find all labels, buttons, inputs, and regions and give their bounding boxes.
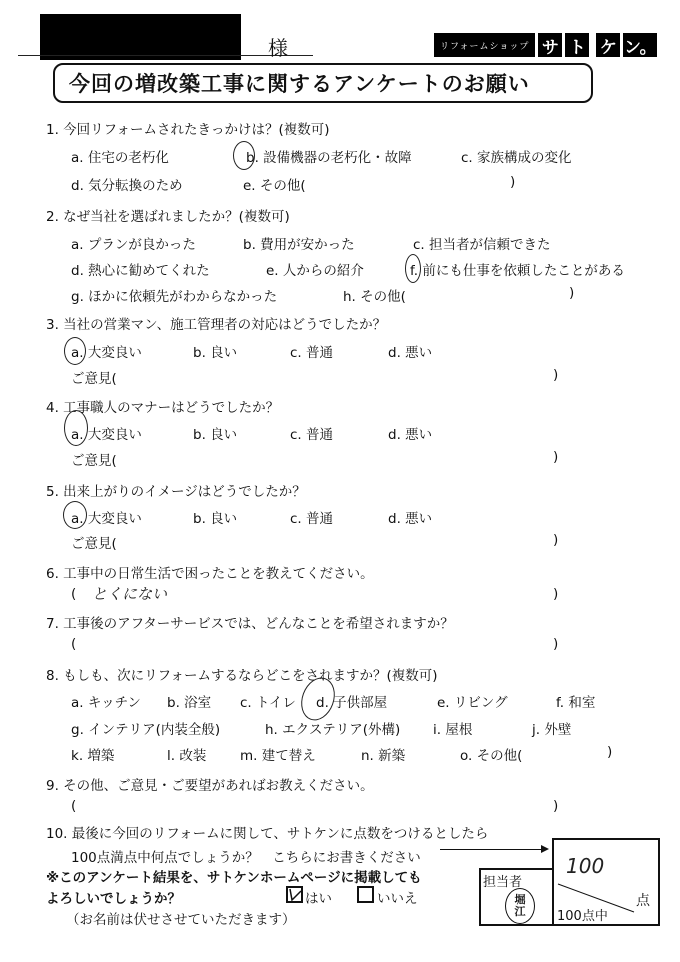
logo-char: ト [565, 33, 589, 57]
arrow-icon [541, 845, 549, 853]
q1-option-b[interactable]: b. 設備機器の老朽化・故障 [246, 146, 412, 166]
q5-option-c[interactable]: c. 普通 [290, 507, 333, 527]
company-logo: リフォームショップ サ ト ケ ン。 [434, 33, 657, 57]
selection-circle [63, 501, 87, 529]
q7-close-paren: ) [553, 636, 558, 652]
q8-option-i[interactable]: i. 屋根 [433, 718, 472, 738]
q3-option-c[interactable]: c. 普通 [290, 341, 333, 361]
staff-box: 担当者 堀 江 [479, 868, 554, 926]
arrow-line [440, 849, 544, 850]
question-9: 9. その他、ご意見・ご要望があればお教えください。 [46, 774, 374, 794]
q5-option-b[interactable]: b. 良い [193, 507, 237, 527]
q1-option-a[interactable]: a. 住宅の老朽化 [71, 146, 169, 166]
q8-option-h[interactable]: h. エクステリア(外構) [265, 718, 400, 738]
question-6: 6. 工事中の日常生活で困ったことを教えてください。 [46, 562, 374, 582]
q8-option-n[interactable]: n. 新築 [361, 744, 405, 764]
page-title: 今回の増改築工事に関するアンケートのお願い [53, 63, 593, 103]
q5-option-d[interactable]: d. 悪い [388, 507, 432, 527]
question-1: 1. 今回リフォームされたきっかけは？(複数可) [46, 118, 330, 138]
question-10-line2: 100点満点中何点でしょうか？ こちらにお書きください [71, 846, 421, 866]
q8-option-g[interactable]: g. インテリア(内装全般) [71, 718, 220, 738]
q8-option-a[interactable]: a. キッチン [71, 691, 141, 711]
q1-option-e[interactable]: e. その他( [243, 174, 306, 194]
q9-open-paren[interactable]: ( [71, 798, 76, 814]
q8-option-b[interactable]: b. 浴室 [167, 691, 211, 711]
question-10: 10. 最後に今回のリフォームに関して、サトケンに点数をつけるとしたら [46, 822, 488, 842]
checkmark-icon [288, 888, 302, 902]
score-unit: 点 [636, 890, 650, 910]
yes-label: はい [305, 887, 332, 907]
q8-other-close: ) [607, 744, 612, 760]
selection-circle [64, 410, 88, 446]
logo-char: ケ [596, 33, 620, 57]
q2-option-a[interactable]: a. プランが良かった [71, 233, 196, 253]
q2-option-f[interactable]: f. 前にも仕事を依頼したことがある [410, 259, 625, 279]
question-5: 5. 出来上がりのイメージはどうでしたか？ [46, 480, 306, 500]
score-box[interactable]: 100 点 100点中 [552, 838, 660, 926]
question-3: 3. 当社の営業マン、施工管理者の対応はどうでしたか？ [46, 313, 386, 333]
q8-option-k[interactable]: k. 増築 [71, 744, 114, 764]
yes-checkbox[interactable] [286, 886, 303, 903]
q2-option-g[interactable]: g. ほかに依頼先がわからなかった [71, 285, 277, 305]
publish-question-line2: よろしいでしょうか？ [46, 887, 181, 907]
no-label: いいえ [377, 887, 418, 907]
q5-comment-label[interactable]: ご意見( [71, 532, 117, 552]
q4-option-c[interactable]: c. 普通 [290, 423, 333, 443]
q4-comment-close: ) [553, 449, 558, 465]
q3-option-b[interactable]: b. 良い [193, 341, 237, 361]
q5-comment-close: ) [553, 532, 558, 548]
staff-label: 担当者 [483, 871, 522, 890]
recipient-suffix: 様 [268, 32, 288, 61]
q1-option-c[interactable]: c. 家族構成の変化 [461, 146, 572, 166]
q1-other-close: ) [510, 174, 515, 190]
question-2: 2. なぜ当社を選ばれましたか？(複数可) [46, 205, 290, 225]
publish-note: （お名前は伏せさせていただきます） [66, 908, 296, 928]
publish-question: ※このアンケート結果を、サトケンホームページに掲載しても [46, 866, 422, 886]
selection-circle [64, 337, 86, 365]
q2-other-close: ) [569, 285, 574, 301]
q2-option-d[interactable]: d. 熱心に勧めてくれた [71, 259, 210, 279]
no-checkbox[interactable] [357, 886, 374, 903]
q8-option-m[interactable]: m. 建て替え [240, 744, 316, 764]
q4-option-d[interactable]: d. 悪い [388, 423, 432, 443]
q6-close-paren: ) [553, 586, 558, 602]
q2-option-c[interactable]: c. 担当者が信頼できた [413, 233, 551, 253]
q8-option-f[interactable]: f. 和室 [556, 691, 595, 711]
score-out-of: 100点中 [557, 905, 608, 924]
selection-circle [405, 254, 421, 283]
staff-stamp: 堀 江 [505, 888, 535, 924]
q7-open-paren[interactable]: ( [71, 636, 76, 652]
q3-comment-label[interactable]: ご意見( [71, 367, 117, 387]
q4-comment-label[interactable]: ご意見( [71, 449, 117, 469]
q1-option-d[interactable]: d. 気分転換のため [71, 174, 183, 194]
logo-shop-text: リフォームショップ [434, 33, 535, 57]
logo-char: サ [538, 33, 562, 57]
q8-option-o[interactable]: o. その他( [460, 744, 522, 764]
q8-option-e[interactable]: e. リビング [437, 691, 508, 711]
q6-handwritten-answer[interactable]: とくにない [92, 583, 167, 604]
question-8: 8. もしも、次にリフォームするならどこをされますか？(複数可) [46, 664, 438, 684]
q2-option-b[interactable]: b. 費用が安かった [243, 233, 355, 253]
q2-option-e[interactable]: e. 人からの紹介 [266, 259, 364, 279]
q8-option-l[interactable]: l. 改装 [167, 744, 206, 764]
logo-char: ン。 [623, 33, 657, 57]
stamp-char: 江 [515, 906, 526, 918]
q3-option-d[interactable]: d. 悪い [388, 341, 432, 361]
q2-option-h[interactable]: h. その他( [343, 285, 406, 305]
q6-open-paren: ( [71, 586, 76, 602]
redacted-name [40, 14, 241, 60]
q4-option-b[interactable]: b. 良い [193, 423, 237, 443]
selection-circle [233, 141, 255, 170]
question-7: 7. 工事後のアフターサービスでは、どんなことを希望されますか？ [46, 612, 454, 632]
q8-option-j[interactable]: j. 外壁 [532, 718, 571, 738]
q8-option-c[interactable]: c. トイレ [240, 691, 296, 711]
q3-comment-close: ) [553, 367, 558, 383]
q9-close-paren: ) [553, 798, 558, 814]
